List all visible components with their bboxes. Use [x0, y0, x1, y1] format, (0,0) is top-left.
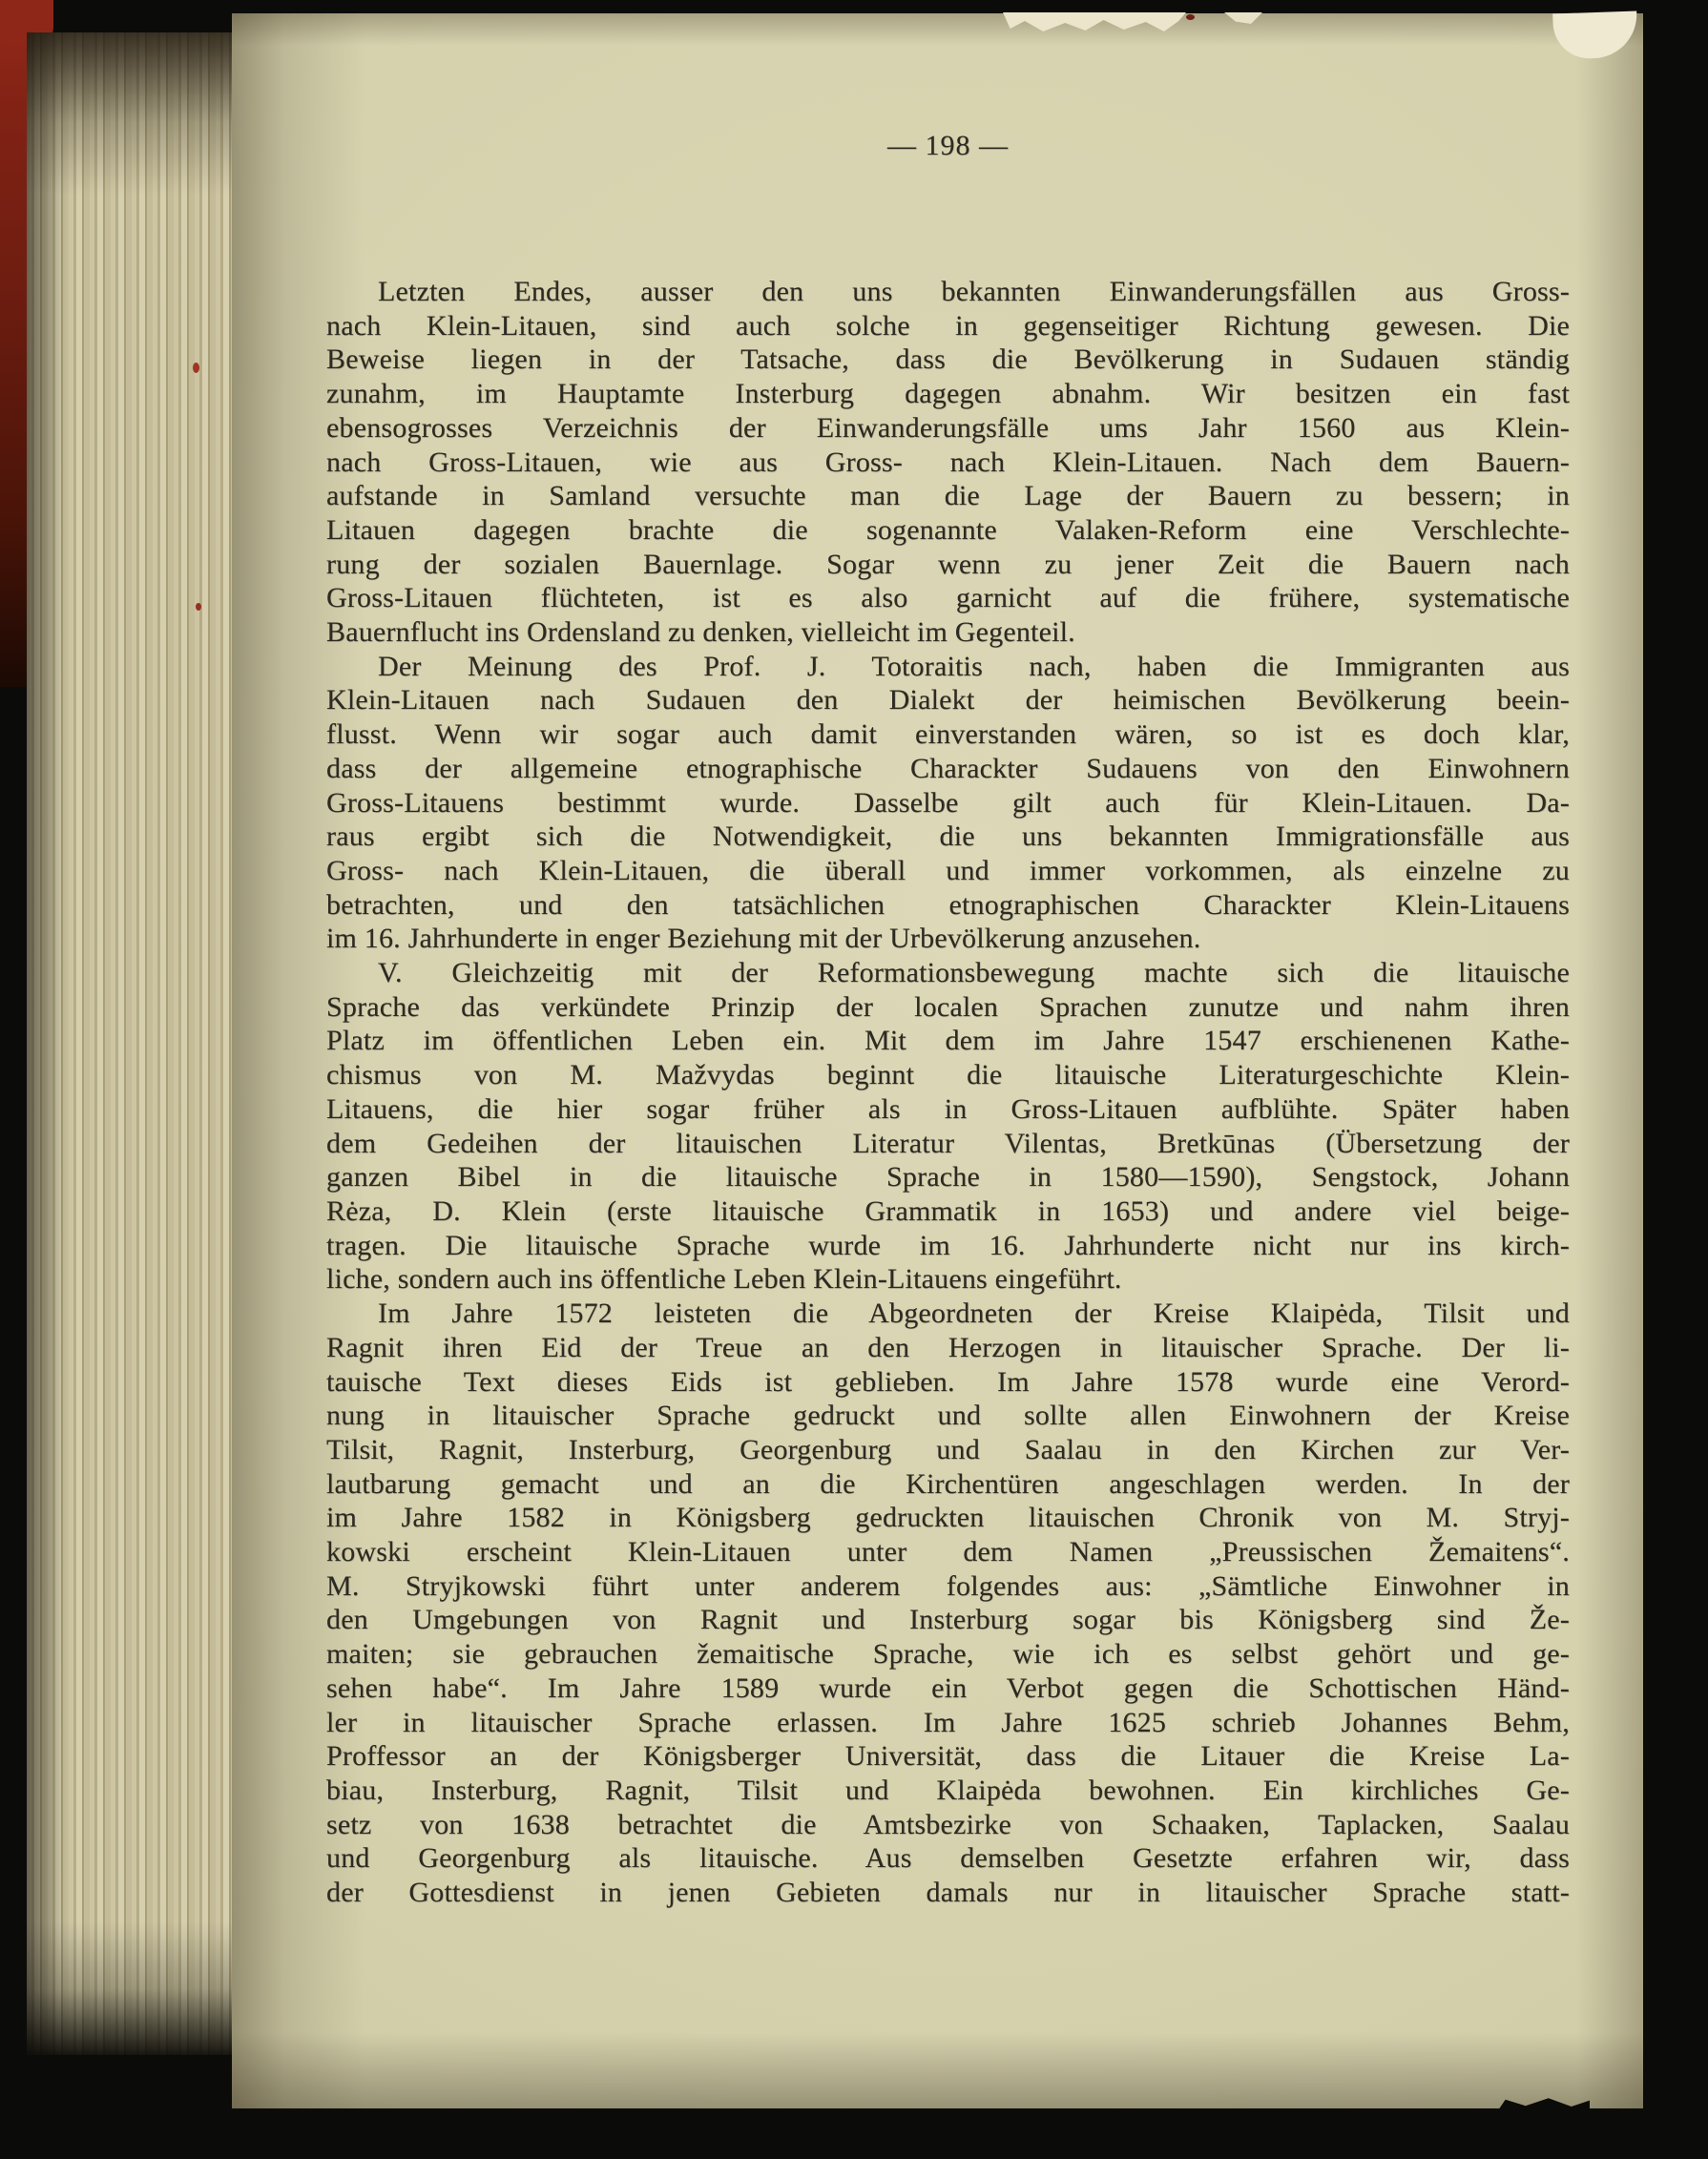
text-line: lautbarung gemacht und an die Kirchentür…: [326, 1467, 1570, 1502]
text-line: Klein-Litauen nach Sudauen den Dialekt d…: [326, 683, 1570, 717]
text-line: im 16. Jahrhunderte in enger Beziehung m…: [326, 922, 1570, 956]
text-line: Litauens, die hier sogar früher als in G…: [326, 1092, 1570, 1127]
text-line: chismus von M. Mažvydas beginnt die lita…: [326, 1058, 1570, 1092]
text-line: Bauernflucht ins Ordensland zu denken, v…: [326, 615, 1570, 650]
text-line: liche, sondern auch ins öffentliche Lebe…: [326, 1262, 1570, 1297]
page-number: — 198 —: [326, 130, 1570, 162]
text-line: Proffessor an der Königsberger Universit…: [326, 1739, 1570, 1774]
text-line: M. Stryjkowski führt unter anderem folge…: [326, 1569, 1570, 1604]
text-line: nung in litauischer Sprache gedruckt und…: [326, 1399, 1570, 1433]
text-line: Der Meinung des Prof. J. Totoraitis nach…: [326, 650, 1570, 684]
text-line: aufstande in Samland versuchte man die L…: [326, 479, 1570, 513]
text-line: Beweise liegen in der Tatsache, dass die…: [326, 343, 1570, 377]
text-line: zunahm, im Hauptamte Insterburg dagegen …: [326, 377, 1570, 411]
paragraph: V. Gleichzeitig mit der Reformationsbewe…: [326, 956, 1570, 1297]
text-line: der Gottesdienst in jenen Gebieten damal…: [326, 1876, 1570, 1910]
text-line: Gross-Litauens bestimmt wurde. Dasselbe …: [326, 786, 1570, 820]
text-line: ebensogrosses Verzeichnis der Einwanderu…: [326, 411, 1570, 446]
text-line: Sprache das verkündete Prinzip der local…: [326, 990, 1570, 1025]
text-line: maiten; sie gebrauchen žemaitische Sprac…: [326, 1637, 1570, 1671]
text-line: nach Gross-Litauen, wie aus Gross- nach …: [326, 446, 1570, 480]
text-line: biau, Insterburg, Ragnit, Tilsit und Kla…: [326, 1774, 1570, 1808]
text-line: Letzten Endes, ausser den uns bekannten …: [326, 275, 1570, 309]
red-speck: [196, 603, 201, 611]
text-line: sehen habe“. Im Jahre 1589 wurde ein Ver…: [326, 1671, 1570, 1706]
paragraph: Im Jahre 1572 leisteten die Abgeordneten…: [326, 1297, 1570, 1910]
text-line: Rėza, D. Klein (erste litauische Grammat…: [326, 1194, 1570, 1229]
red-speck: [193, 363, 199, 373]
text-line: ganzen Bibel in die litauische Sprache i…: [326, 1160, 1570, 1194]
text-line: tauische Text dieses Eids ist geblieben.…: [326, 1365, 1570, 1400]
text-line: dem Gedeihen der litauischen Literatur V…: [326, 1127, 1570, 1161]
text-line: tragen. Die litauische Sprache wurde im …: [326, 1229, 1570, 1263]
text-line: und Georgenburg als litauische. Aus dems…: [326, 1841, 1570, 1876]
text-line: betrachten, und den tatsächlichen etnogr…: [326, 888, 1570, 923]
text-line: Tilsit, Ragnit, Insterburg, Georgenburg …: [326, 1433, 1570, 1467]
text-line: dass der allgemeine etnographische Chara…: [326, 752, 1570, 786]
text-line: flusst. Wenn wir sogar auch damit einver…: [326, 717, 1570, 752]
red-speck: [1186, 14, 1195, 20]
text-line: Litauen dagegen brachte die sogenannte V…: [326, 513, 1570, 548]
book-scan: — 198 — Letzten Endes, ausser den uns be…: [0, 0, 1708, 2159]
paragraph: Der Meinung des Prof. J. Totoraitis nach…: [326, 650, 1570, 956]
scanned-page: — 198 — Letzten Endes, ausser den uns be…: [232, 13, 1643, 2108]
text-line: raus ergibt sich die Notwendigkeit, die …: [326, 820, 1570, 854]
text-line: den Umgebungen von Ragnit und Insterburg…: [326, 1603, 1570, 1637]
text-line: Im Jahre 1572 leisteten die Abgeordneten…: [326, 1297, 1570, 1331]
text-line: Platz im öffentlichen Leben ein. Mit dem…: [326, 1024, 1570, 1058]
page-content: — 198 — Letzten Endes, ausser den uns be…: [326, 13, 1570, 1910]
text-line: Gross- nach Klein-Litauen, die überall u…: [326, 854, 1570, 888]
text-line: setz von 1638 betrachtet die Amtsbezirke…: [326, 1808, 1570, 1842]
text-line: rung der sozialen Bauernlage. Sogar wenn…: [326, 548, 1570, 582]
page-edge-chip: [1498, 2095, 1590, 2110]
text-block: Letzten Endes, ausser den uns bekannten …: [326, 275, 1570, 1910]
text-line: nach Klein-Litauen, sind auch solche in …: [326, 309, 1570, 343]
text-line: kowski erscheint Klein-Litauen unter dem…: [326, 1535, 1570, 1569]
book-page-edges: [27, 32, 235, 2055]
paragraph: Letzten Endes, ausser den uns bekannten …: [326, 275, 1570, 650]
text-line: im Jahre 1582 in Königsberg gedruckten l…: [326, 1501, 1570, 1535]
text-line: Gross-Litauen flüchteten, ist es also ga…: [326, 581, 1570, 615]
text-line: V. Gleichzeitig mit der Reformationsbewe…: [326, 956, 1570, 990]
text-line: ler in litauischer Sprache erlassen. Im …: [326, 1706, 1570, 1740]
text-line: Ragnit ihren Eid der Treue an den Herzog…: [326, 1331, 1570, 1365]
